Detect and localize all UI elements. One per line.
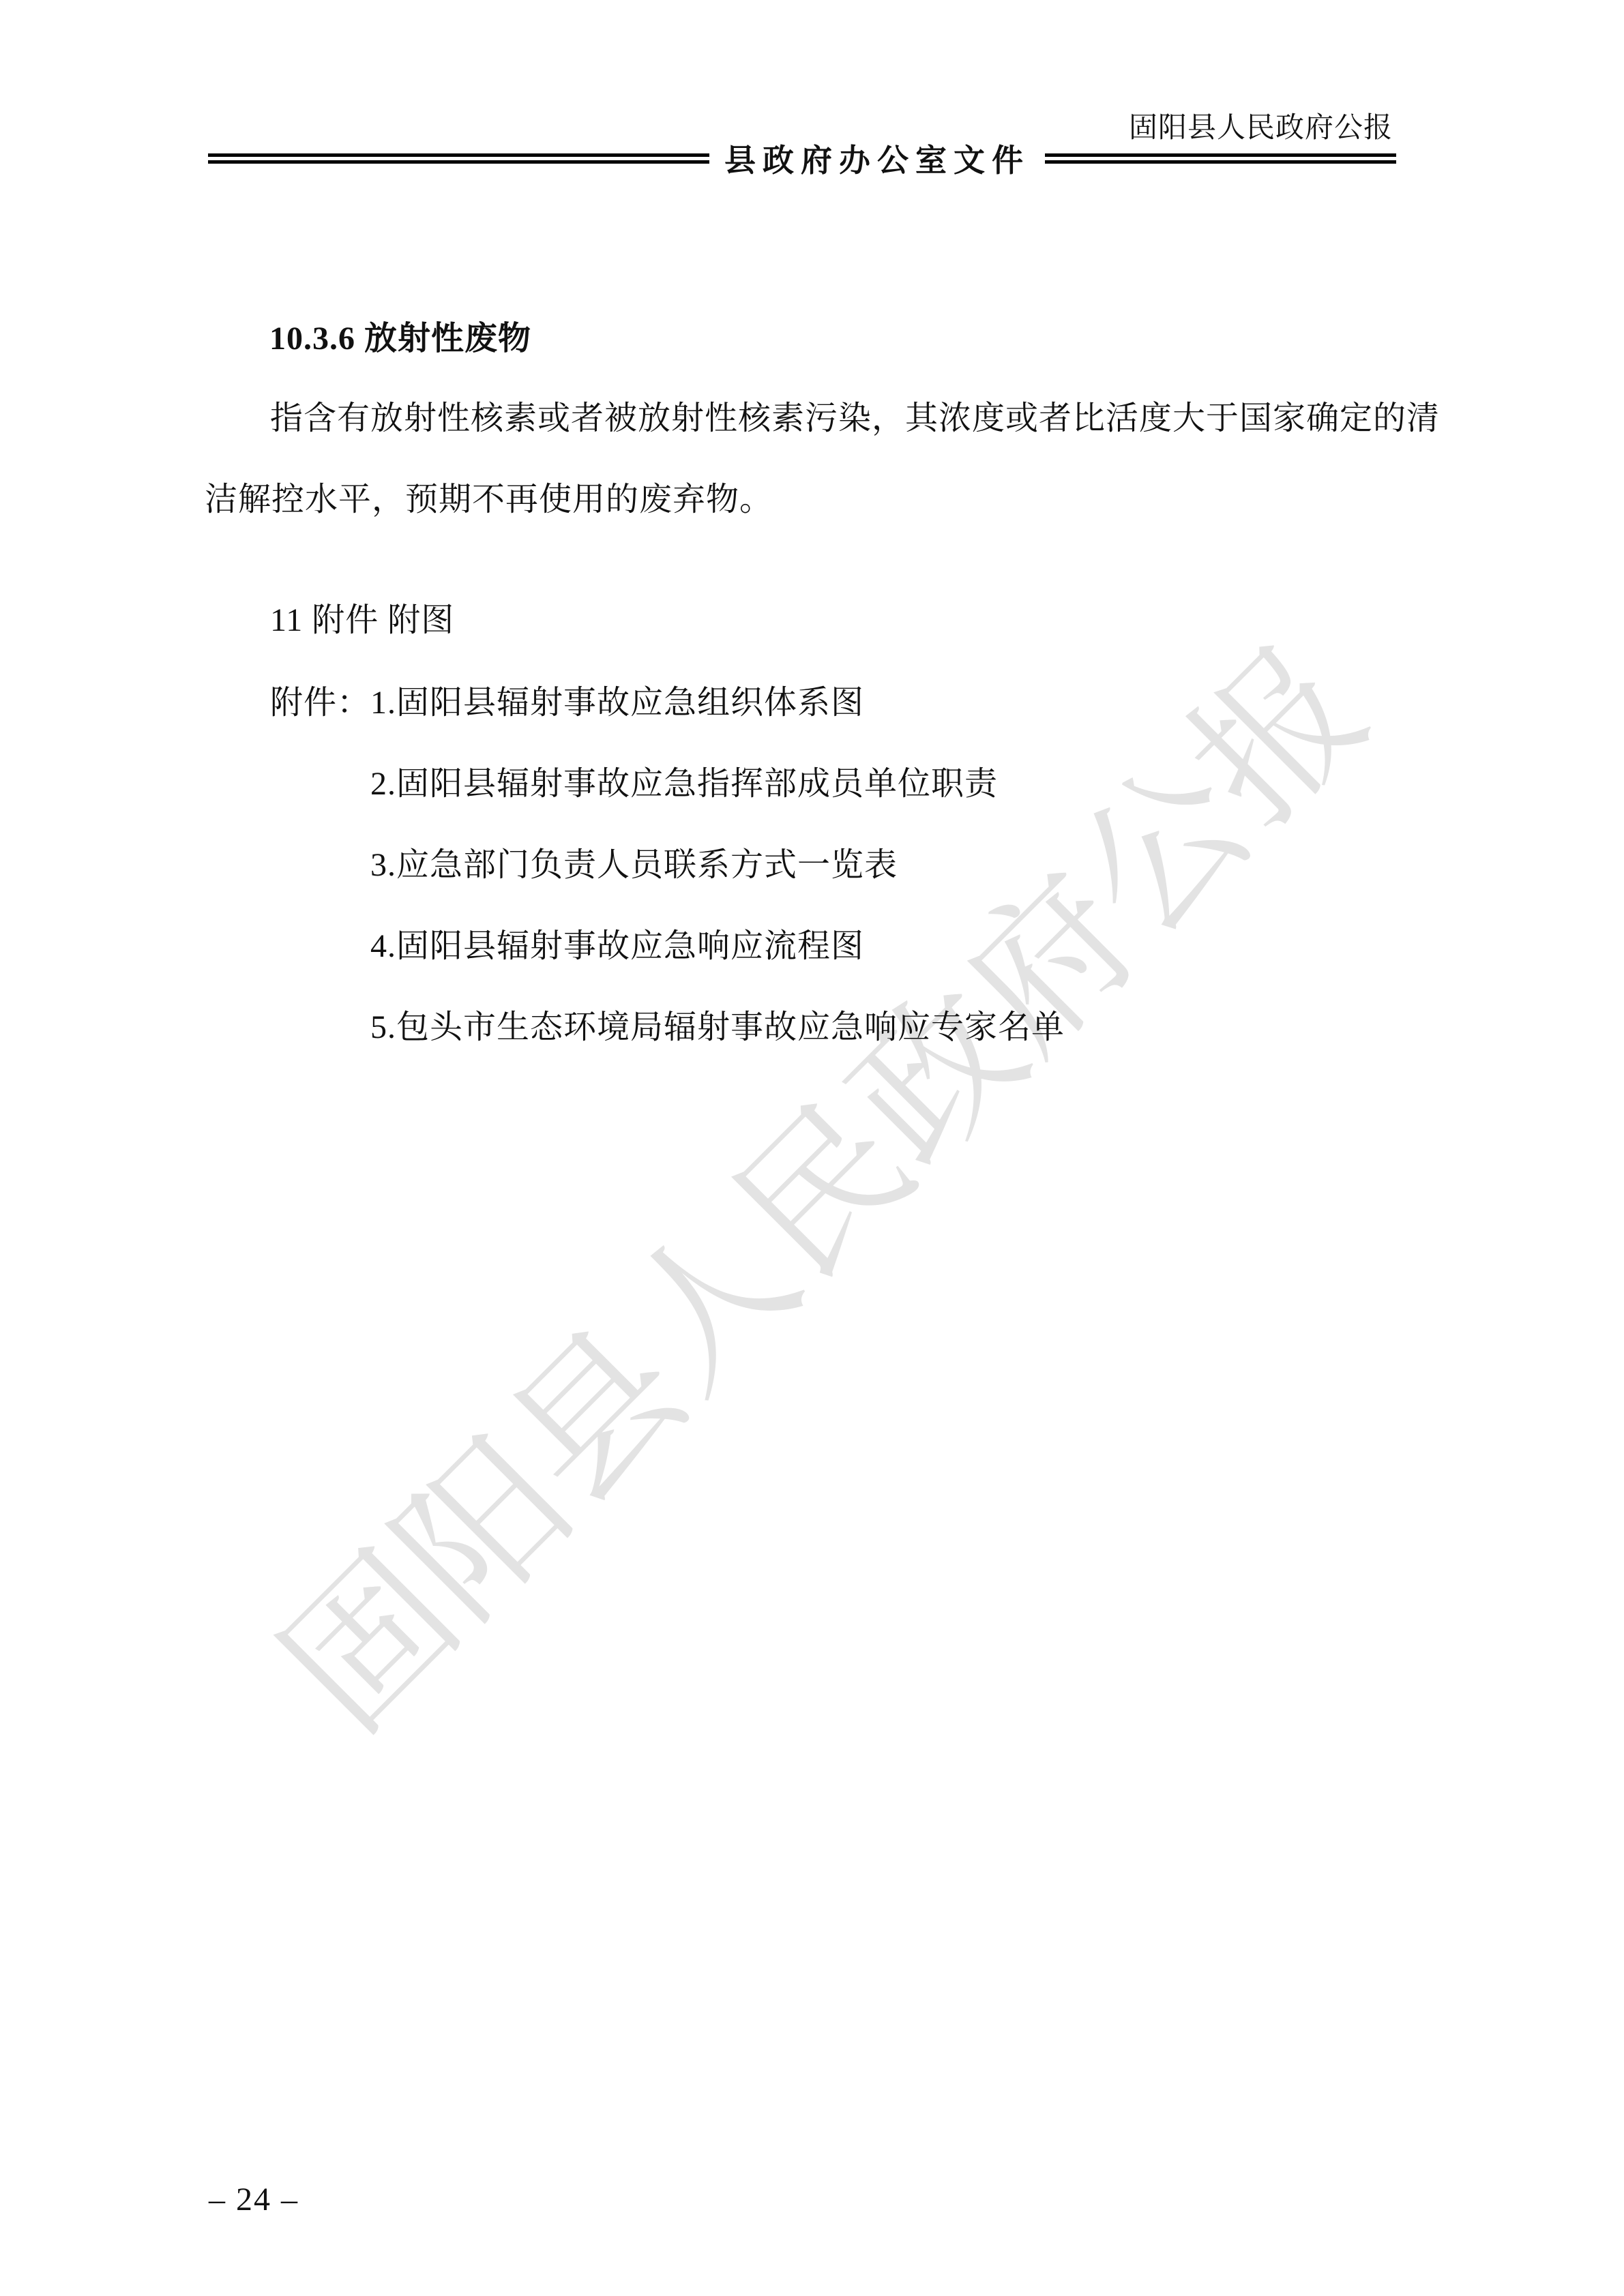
header-banner: 县政府办公室文件 [208,136,1396,180]
section-heading: 10.3.6 放射性废物 [269,322,531,356]
banner-title: 县政府办公室文件 [724,136,1030,181]
paragraph-line-1: 指含有放射性核素或者被放射性核素污染，其浓度或者比活度大于国家确定的清 [270,402,1440,436]
attachment-row-1: 附件： 1.固阳县辐射事故应急组织体系图 [270,686,864,720]
attachment-item-1: 1.固阳县辐射事故应急组织体系图 [370,686,864,720]
page-number: – 24 – [209,2181,299,2219]
attachment-item-5: 5.包头市生态环境局辐射事故应急响应专家名单 [370,1011,1065,1045]
attachment-item-3: 3.应急部门负责人员联系方式一览表 [370,848,898,882]
attachment-item-4: 4.固阳县辐射事故应急响应流程图 [370,929,864,964]
subsection-heading: 11 附件 附图 [270,603,454,638]
attachments-label: 附件： [270,686,370,720]
document-page: 固阳县人民政府公报 固阳县人民政府公报 县政府办公室文件 10.3.6 放射性废… [0,0,1624,2296]
attachment-item-2: 2.固阳县辐射事故应急指挥部成员单位职责 [370,767,998,801]
double-rule-right [1045,153,1396,164]
double-rule-left [208,153,709,164]
paragraph-line-2: 洁解控水平，预期不再使用的废弃物。 [205,483,773,517]
